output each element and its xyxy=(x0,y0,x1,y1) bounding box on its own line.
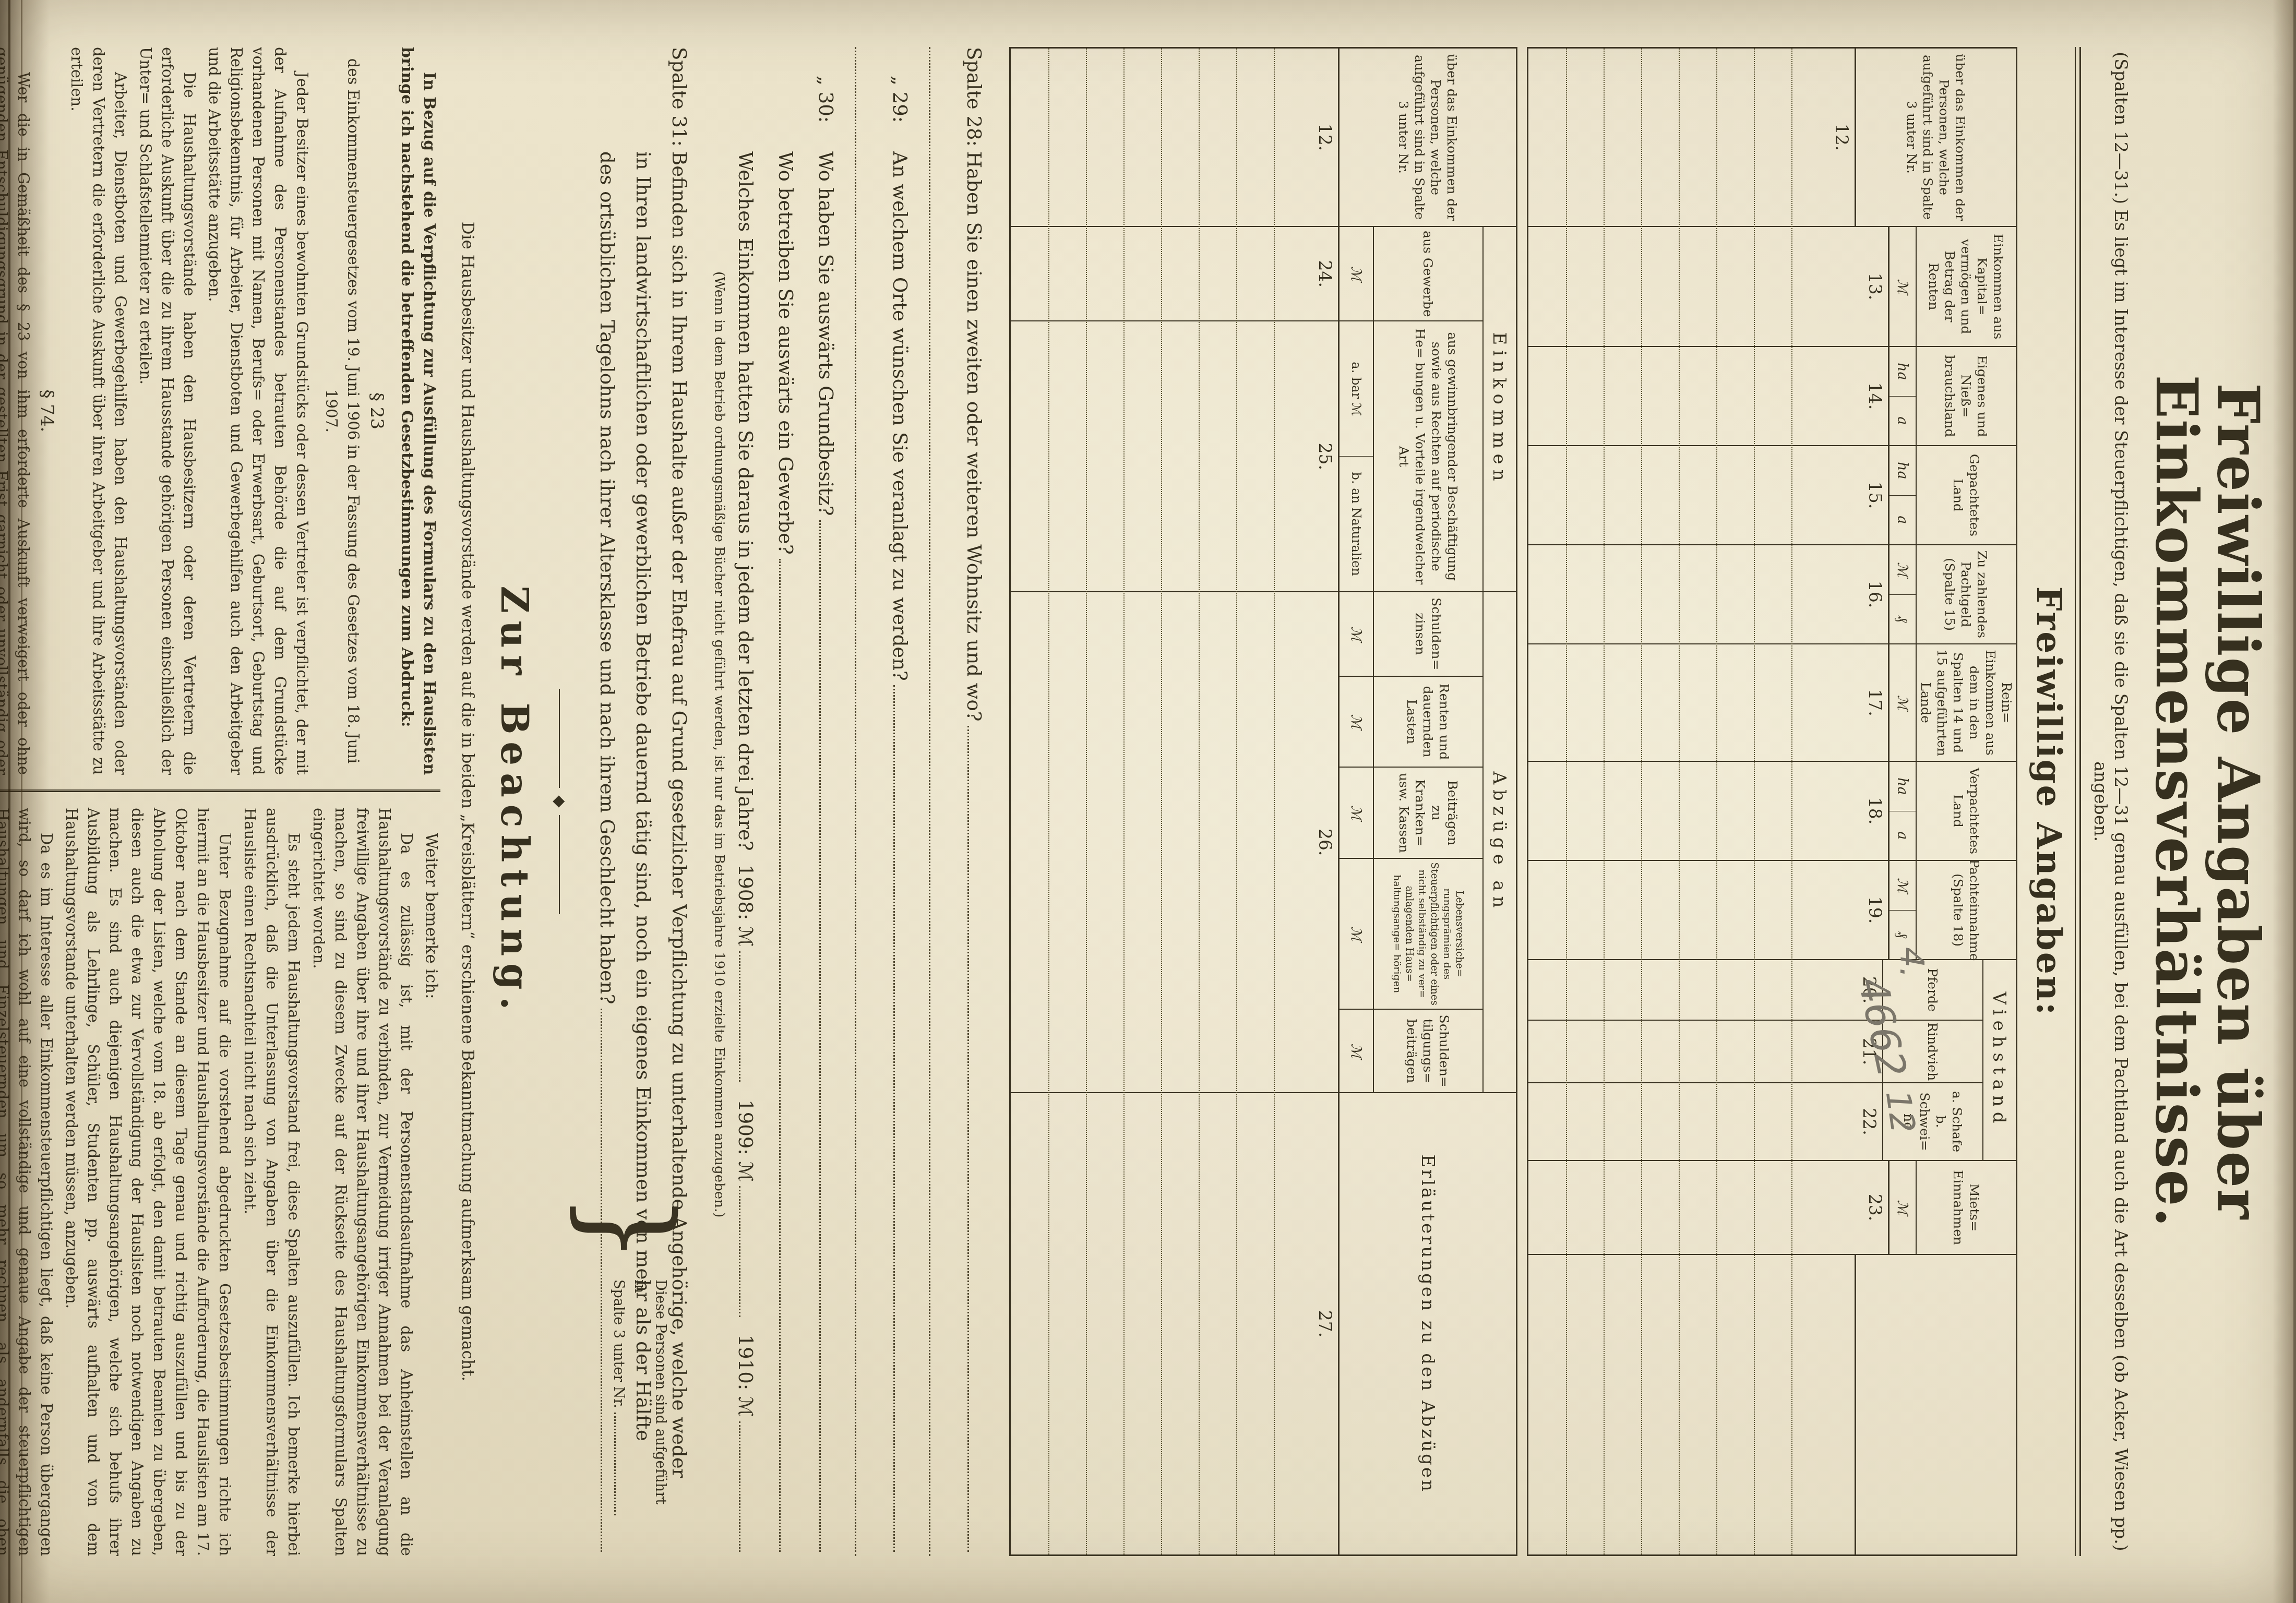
column-23-unit: ℳ xyxy=(1890,1161,1916,1254)
question-29: „ 29: An welchem Orte wünschen Sie veran… xyxy=(889,47,911,1556)
beachtung-intro: Die Hausbesitzer und Haushaltungsvorstän… xyxy=(458,47,477,1556)
year-1909-blank xyxy=(739,1186,756,1317)
beachtung-heading: Zur Beachtung. xyxy=(493,47,537,1556)
column-17-number: 17. xyxy=(1862,644,1890,761)
column-16-number: 16. xyxy=(1862,545,1890,643)
question-29-answer-blank xyxy=(893,685,911,1552)
column-15: Gepachtetes Land ha a 15. xyxy=(1528,445,2016,544)
question-31-text-1: Befinden sich in Ihrem Haushalte außer d… xyxy=(668,151,690,1478)
question-30b-answer-blank xyxy=(779,559,796,1552)
section-23-subheading: des Einkommensteuergesetzes vom 19. Juni… xyxy=(320,47,364,775)
column-14-header: Eigenes und Nieß= brauchsland xyxy=(1917,347,2016,445)
column-25-sub-bar: a. bar ℳ xyxy=(1340,321,1373,456)
question-30b: Wo betreiben Sie auswärts ein Gewerbe? xyxy=(774,151,797,1556)
question-28-answer-blank xyxy=(967,726,985,1552)
column-lebensversicherung-header: Lebensversiche= rungsprämien des Steuerp… xyxy=(1374,859,1482,1009)
persons-reference-note-line-1: Diese Personen sind aufgeführt in xyxy=(629,1279,671,1520)
column-16-unit-mark: ℳ xyxy=(1890,545,1916,594)
year-1908-field: 1908: ℳ xyxy=(734,865,757,947)
column-blank-margin xyxy=(1528,1254,2016,1554)
column-krankenkassen-header: Beiträgen zu Kranken= usw. Kassen xyxy=(1374,768,1482,858)
question-29-text: An welchem Orte wünschen Sie veranlagt z… xyxy=(889,151,911,681)
column-13: Einkommen aus Kapital= vermögen und Betr… xyxy=(1528,226,2016,346)
page-title: Freiwillige Angaben über Einkommensverhä… xyxy=(2146,47,2269,1556)
answer-line xyxy=(929,47,958,1556)
column-14-number: 14. xyxy=(1862,347,1890,445)
persons-reference-note: Diese Personen sind aufgeführt in Spalte… xyxy=(608,1279,671,1520)
column-schuldenzinsen-unit: ℳ xyxy=(1340,592,1373,676)
question-28-label: Spalte 28: xyxy=(963,47,985,151)
column-lebensversicherung-unit: ℳ xyxy=(1340,859,1373,1009)
column-25-header: aus gewinnbringender Beschäftigung sowie… xyxy=(1374,321,1482,591)
section-heading: Freiwillige Angaben: xyxy=(2029,47,2070,1556)
pencil-mark-1: 4. xyxy=(1893,947,1931,978)
column-18-number: 18. xyxy=(1862,762,1890,860)
column-18: Verpachtetes Land ha a 18. xyxy=(1528,761,2016,860)
group-einkommen-label: Einkommen xyxy=(1482,227,1516,591)
question-28-text: Haben Sie einen zweiten oder weiteren Wo… xyxy=(963,151,985,722)
column-27-number: 27. xyxy=(1311,1093,1340,1554)
column-23: Miets= Einnahmen ℳ 23. xyxy=(1528,1160,2016,1254)
brace-glyph: } xyxy=(561,1192,699,1264)
column-12-header: über das Einkommen der Personen, welche … xyxy=(1856,49,2016,226)
column-14-unit-a: a xyxy=(1890,396,1916,446)
column-19-header: Pachteinnahme (Spalte 18) xyxy=(1917,861,2016,959)
year-1908-blank xyxy=(739,951,756,1082)
column-17-header: Rein= Einkommen aus dem in den Spalten 1… xyxy=(1917,644,2016,761)
persons-reference-note-line-2: Spalte 3 unter Nr. xyxy=(608,1279,629,1408)
column-renten-lasten-unit: ℳ xyxy=(1340,677,1373,767)
question-31-line-1: Spalte 31: Befinden sich in Ihrem Hausha… xyxy=(668,47,690,1556)
question-30-text: Wo haben Sie auswärts Grundbesitz? xyxy=(815,151,837,516)
page-top-edge-shadow xyxy=(2273,0,2296,1603)
column-24-header: aus Gewerbe xyxy=(1374,227,1482,320)
column-schuldenzinsen-header: Schulden= zinsen xyxy=(1374,592,1482,676)
column-12-repeat-number: 12. xyxy=(1311,49,1340,226)
column-15-unit-a: a xyxy=(1890,495,1916,545)
question-30c: Welches Einkommen hatten Sie daraus in j… xyxy=(734,151,757,1556)
page-subtitle: (Spalten 12—31.) Es liegt im Interesse d… xyxy=(2090,47,2131,1556)
beachtung-right-column: Weiter bemerke ich: Da es zulässig ist, … xyxy=(0,789,440,1556)
column-19: Pachteinnahme (Spalte 18) ℳ ₰ 19. xyxy=(1528,860,2016,959)
column-26-number: 26. xyxy=(1311,592,1340,1092)
column-16-header: Zu zahlendes Pachtgeld (Spalte 15) xyxy=(1917,545,2016,643)
column-14-unit-ha: ha xyxy=(1890,347,1916,396)
column-17-unit: ℳ xyxy=(1890,644,1916,761)
column-16: Zu zahlendes Pachtgeld (Spalte 15) ℳ ₰ 1… xyxy=(1528,544,2016,643)
column-23-header: Miets= Einnahmen xyxy=(1917,1161,2016,1254)
income-table-upper: über das Einkommen der Personen, welche … xyxy=(1527,47,2017,1556)
column-22-header-a: a. Schafe xyxy=(1949,1091,1965,1152)
paragraph-23-3: Arbeiter, Dienstboten und Gewerbegehilfe… xyxy=(66,47,131,775)
group-abzuege-label: Abzüge an xyxy=(1482,592,1516,1092)
income-table-lower: über das Einkommen der Personen, welche … xyxy=(1009,47,1517,1556)
year-1910-blank xyxy=(739,1421,756,1552)
column-krankenkassen: Beiträgen zu Kranken= usw. Kassen ℳ xyxy=(1340,767,1482,858)
section-23-heading: § 23 xyxy=(366,47,387,775)
column-12-repeat: über das Einkommen der Personen, welche … xyxy=(1011,49,1516,226)
column-krankenkassen-unit: ℳ xyxy=(1340,768,1373,858)
remarks-intro: Weiter bemerke ich: xyxy=(422,808,440,1556)
law-intro: In Bezug auf die Verpflichtung zur Ausfü… xyxy=(396,47,440,775)
ornament-divider: ◆ xyxy=(551,0,569,1603)
column-24-unit: ℳ xyxy=(1340,227,1373,320)
beachtung-left-column: In Bezug auf die Verpflichtung zur Ausfü… xyxy=(0,47,440,789)
column-12-repeat-header: über das Einkommen der Personen, welche … xyxy=(1340,49,1516,226)
column-24-number: 24. xyxy=(1311,227,1340,320)
column-25: aus gewinnbringender Beschäftigung sowie… xyxy=(1011,320,1482,591)
column-lebensversicherung: Lebensversiche= rungsprämien des Steuerp… xyxy=(1340,858,1482,1009)
column-12: über das Einkommen der Personen, welche … xyxy=(1528,49,2016,226)
question-28: Spalte 28: Haben Sie einen zweiten oder … xyxy=(963,47,985,1556)
group-viehstand: Viehstand Pferde 20. Rindvieh 21. a xyxy=(1528,959,2016,1160)
column-13-header: Einkommen aus Kapital= vermögen und Betr… xyxy=(1917,227,2016,346)
column-13-number: 13. xyxy=(1862,227,1890,346)
question-31-text-3: des ortsüblichen Tagelohns nach ihrer Al… xyxy=(596,151,618,1004)
column-13-unit: ℳ xyxy=(1890,227,1916,346)
column-21: Rindvieh 21. xyxy=(1528,1020,1982,1082)
column-15-unit-ha: ha xyxy=(1890,446,1916,495)
remarks-paragraph-3: Unter Bezugnahme auf die vorstehend abge… xyxy=(61,808,236,1556)
column-schuldenzinsen: Schulden= zinsen ℳ xyxy=(1340,592,1482,676)
question-31-label: Spalte 31: xyxy=(668,47,690,151)
column-18-header: Verpachtetes Land xyxy=(1917,762,2016,860)
question-30-label: „ 30: xyxy=(815,47,837,151)
group-viehstand-label: Viehstand xyxy=(1982,960,2016,1160)
column-15-header: Gepachtetes Land xyxy=(1917,446,2016,544)
group-abzuege: Abzüge an Schulden= zinsen ℳ Renten und … xyxy=(1011,591,1516,1092)
column-25-sub-naturalien: b. an Naturalien xyxy=(1340,456,1373,591)
column-25-number: 25. xyxy=(1311,321,1340,591)
beachtung-columns: In Bezug auf die Verpflichtung zur Ausfü… xyxy=(0,47,440,1556)
paragraph-23-1: Jeder Besitzer eines bewohnten Grundstüc… xyxy=(204,47,313,775)
column-schuldentilgung: Schulden= tilgungs= beiträgen ℳ xyxy=(1340,1009,1482,1092)
column-18-unit-ha: ha xyxy=(1890,762,1916,811)
column-12-number: 12. xyxy=(1829,49,1856,226)
group-einkommen: Einkommen aus Gewerbe ℳ 24. aus gewinnbr… xyxy=(1011,226,1516,591)
column-23-number: 23. xyxy=(1862,1161,1890,1254)
column-18-unit-a: a xyxy=(1890,811,1916,860)
remarks-paragraph-2: Es steht jedem Haushaltungsvorstand frei… xyxy=(239,808,305,1556)
answer-line xyxy=(855,47,883,1556)
column-schuldentilgung-header: Schulden= tilgungs= beiträgen xyxy=(1374,1010,1482,1092)
remarks-paragraph-1: Da es zulässig ist, mit der Personenstan… xyxy=(308,808,417,1556)
column-27-header: Erläuterungen zu den Abzügen xyxy=(1340,1093,1516,1554)
photographed-ledger-page: Freiwillige Angaben über Einkommensverhä… xyxy=(0,0,2296,1603)
question-30-answer-blank xyxy=(819,520,836,1552)
question-31: Spalte 31: Befinden sich in Ihrem Hausha… xyxy=(596,47,690,1556)
binding-gutter-shadow xyxy=(0,0,50,1603)
column-19-number: 19. xyxy=(1862,861,1890,959)
pencil-mark-3: 12 xyxy=(1878,1088,1922,1135)
form-page: Freiwillige Angaben über Einkommensverhä… xyxy=(0,0,2296,1603)
year-1910-field: 1910: ℳ xyxy=(734,1335,757,1417)
column-17: Rein= Einkommen aus dem in den Spalten 1… xyxy=(1528,643,2016,761)
column-27: Erläuterungen zu den Abzügen 27. xyxy=(1011,1092,1516,1554)
column-renten-lasten-header: Renten und dauernden Lasten xyxy=(1374,677,1482,767)
column-16-unit-pfennig: ₰ xyxy=(1890,594,1916,644)
column-renten-lasten: Renten und dauernden Lasten ℳ xyxy=(1340,676,1482,767)
column-15-number: 15. xyxy=(1862,446,1890,544)
year-1909-field: 1909: ℳ xyxy=(734,1099,757,1182)
diamond-ornament-icon: ◆ xyxy=(551,795,569,807)
column-19-unit-mark: ℳ xyxy=(1890,861,1916,910)
column-14: Eigenes und Nieß= brauchsland ha a 14. xyxy=(1528,346,2016,445)
question-30: „ 30: Wo haben Sie auswärts Grundbesitz? xyxy=(815,47,837,1556)
question-29-label: „ 29: xyxy=(889,47,911,151)
books-note: (Wenn in dem Betrieb ordnungsmäßige Büch… xyxy=(711,271,727,1556)
rule-under-subtitle xyxy=(2075,47,2081,1556)
paragraph-23-2: Die Haushaltungsvorstände haben den Haus… xyxy=(135,47,200,775)
column-24: aus Gewerbe ℳ 24. xyxy=(1011,227,1482,320)
persons-reference-blank xyxy=(614,1413,627,1515)
questions-section: Spalte 28: Haben Sie einen zweiten oder … xyxy=(596,47,985,1556)
column-schuldentilgung-unit: ℳ xyxy=(1340,1010,1373,1092)
question-30b-text: Wo betreiben Sie auswärts ein Gewerbe? xyxy=(774,151,797,555)
question-30c-text: Welches Einkommen hatten Sie daraus in j… xyxy=(734,151,757,851)
